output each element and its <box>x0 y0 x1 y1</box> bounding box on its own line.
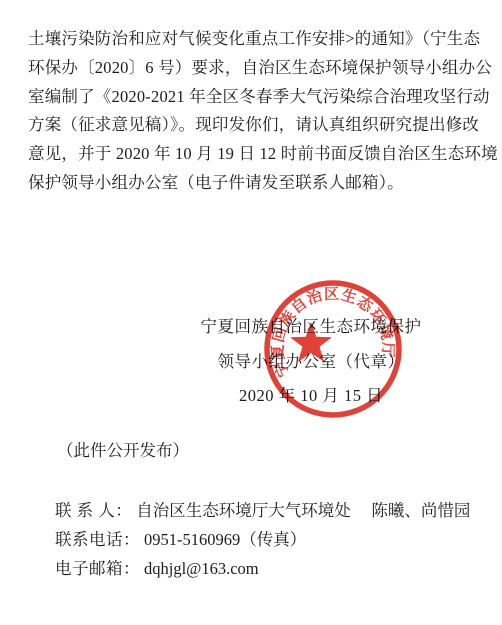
contact-person-label: 联 系 人： <box>55 497 132 526</box>
issuer-name-line2: 领导小组办公室（代章） <box>186 345 436 380</box>
document-page: 土壤污染防治和应对气候变化重点工作安排>的通知》（宁生态 环保办〔2020〕6 … <box>0 0 502 625</box>
issuer-name-line1: 宁夏回族自治区生态环境保护 <box>186 310 436 345</box>
contact-email-value: dqhjgl@163.com <box>144 555 259 584</box>
contact-phone-label: 联系电话： <box>55 526 140 555</box>
body-line: 意见，并于 2020 年 10 月 19 日 12 时前书面反馈自治区生态环境 <box>28 140 475 169</box>
body-line: 保护领导小组办公室（电子件请发至联系人邮箱）。 <box>28 169 475 198</box>
body-line: 环保办〔2020〕6 号）要求，自治区生态环境保护领导小组办公 <box>28 54 475 83</box>
contact-email-label: 电子邮箱： <box>55 555 140 584</box>
contact-block: 联 系 人： 自治区生态环境厅大气环境处 陈曦、尚惜园 联系电话： 0951-5… <box>55 497 470 583</box>
body-line: 室编制了《2020-2021 年全区冬春季大气污染综合治理攻坚行动 <box>28 83 475 112</box>
contact-person-value: 自治区生态环境厅大气环境处 陈曦、尚惜园 <box>136 497 470 526</box>
body-paragraph: 土壤污染防治和应对气候变化重点工作安排>的通知》（宁生态 环保办〔2020〕6 … <box>28 25 475 198</box>
contact-person-row: 联 系 人： 自治区生态环境厅大气环境处 陈曦、尚惜园 <box>55 497 470 526</box>
body-line: 方案（征求意见稿）》。现印发你们，请认真组织研究提出修改 <box>28 111 475 140</box>
contact-phone-value: 0951-5160969（传真） <box>144 526 306 555</box>
body-line: 土壤污染防治和应对气候变化重点工作安排>的通知》（宁生态 <box>28 25 475 54</box>
signature-block: 宁夏回族自治区生态环境保护 领导小组办公室（代章） 2020 年 10 月 15… <box>186 310 436 414</box>
contact-phone-row: 联系电话： 0951-5160969（传真） <box>55 526 470 555</box>
contact-email-row: 电子邮箱： dqhjgl@163.com <box>55 555 470 584</box>
issue-date: 2020 年 10 月 15 日 <box>186 379 436 414</box>
public-release-note: （此件公开发布） <box>57 440 189 462</box>
